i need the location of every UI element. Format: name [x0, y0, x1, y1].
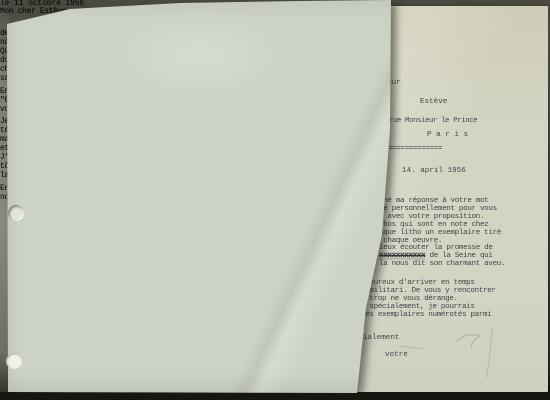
scanned-letters-photo: sieur Estève rue Monsieur le Prince P a …	[0, 0, 550, 400]
letter-left-sheet	[0, 0, 550, 400]
punch-hole-top	[8, 205, 24, 221]
letter-left-wrapper: le 11 octobre 1956 Mon cher Estève, Mour…	[0, 0, 550, 400]
punch-hole-bottom	[6, 353, 22, 369]
